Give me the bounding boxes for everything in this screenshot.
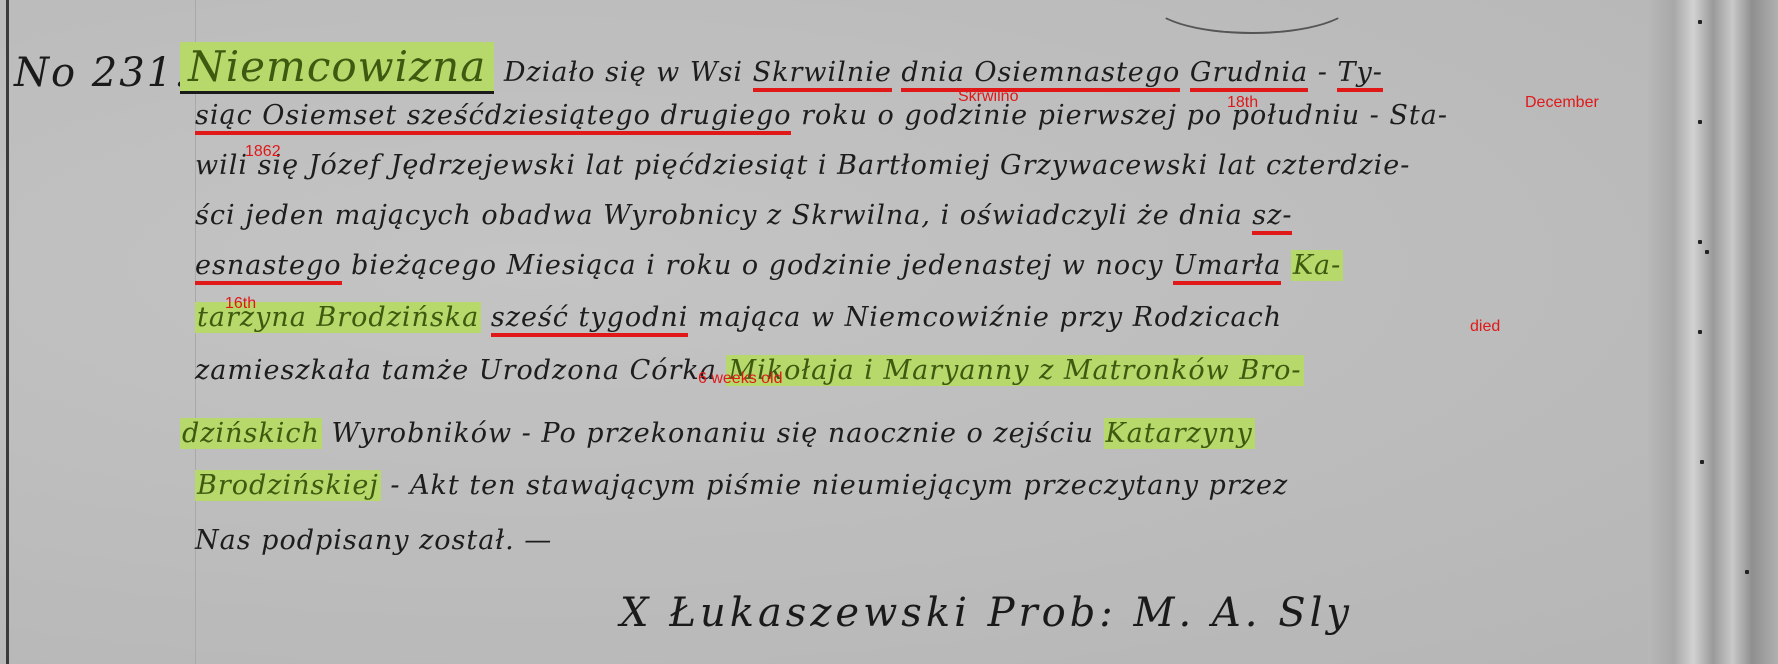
space xyxy=(892,57,902,88)
text-segment: ści jeden mających obadwa Wyrobnicy z Sk… xyxy=(195,200,1252,231)
annotation-year: 1862 xyxy=(245,143,281,161)
text-segment: bieżącego Miesiąca i roku o godzinie jed… xyxy=(342,250,1174,281)
village-title: Niemcowizna xyxy=(180,42,494,94)
space xyxy=(1281,250,1291,281)
entry-number: No 231. xyxy=(14,50,189,96)
record-line-5: esnastego bieżącego Miesiąca i roku o go… xyxy=(195,250,1343,281)
annotation-day-recorded: 18th xyxy=(1227,94,1258,112)
space xyxy=(1180,57,1190,88)
month-word: Grudnia xyxy=(1190,57,1308,92)
record-line-8: dzińskich Wyrobników - Po przekonaniu si… xyxy=(180,418,1255,449)
record-line-3: wili się Józef Jędrzejewski lat pięćdzie… xyxy=(195,150,1410,181)
space xyxy=(481,302,491,333)
text-segment: zamieszkała tamże Urodzona Córka xyxy=(195,355,726,386)
annotation-day-of-death: 16th xyxy=(225,295,256,313)
date-day-word: dnia Osiemnastego xyxy=(901,57,1180,92)
death-day-word: esnastego xyxy=(195,250,342,285)
record-line-2: siąc Osiemset sześćdziesiątego drugiego … xyxy=(195,100,1448,131)
priest-signature: X Łukaszewski Prob: M. A. Sly xyxy=(620,590,1353,636)
annotation-month: December xyxy=(1525,94,1599,112)
death-day-start: sz- xyxy=(1252,200,1292,235)
record-line-10: Nas podpisany został. — xyxy=(195,525,552,556)
text-segment: wili się Józef Jędrzejewski lat pięćdzie… xyxy=(195,150,1410,181)
record-line-4: ści jeden mających obadwa Wyrobnicy z Sk… xyxy=(195,200,1292,231)
record-line-6: tarzyna Brodzińska sześć tygodni mająca … xyxy=(195,302,1282,333)
left-margin-rule xyxy=(6,0,9,664)
parents-surname: dzińskich xyxy=(180,418,322,449)
text-segment: roku o godzinie pierwszej po południu - … xyxy=(791,100,1447,131)
annotation-event: died xyxy=(1470,318,1500,336)
deceased-given-name: Katarzyny xyxy=(1104,418,1255,449)
annotation-age: 6 weeks old xyxy=(698,370,783,388)
scanned-record-page: No 231. Niemcowizna Działo się w Wsi Skr… xyxy=(0,0,1778,664)
text-segment: - Akt ten stawającym piśmie nieumiejącym… xyxy=(381,470,1288,501)
deceased-surname: Brodzińskiej xyxy=(195,470,381,501)
text-segment: mająca w Niemcowiźnie przy Rodzicach xyxy=(688,302,1282,333)
record-line-1: Niemcowizna Działo się w Wsi Skrwilnie d… xyxy=(180,42,1383,91)
text-segment: - xyxy=(1308,57,1337,88)
year-words: siąc Osiemset sześćdziesiątego drugiego xyxy=(195,100,791,135)
parents-names: Mikołaja i Maryanny z Matronków Bro- xyxy=(726,355,1303,386)
ink-flourish xyxy=(1150,0,1354,34)
deceased-name-start: Ka- xyxy=(1291,250,1343,281)
year-start-word: Ty- xyxy=(1337,57,1382,92)
text-segment: Działo się w Wsi xyxy=(504,57,753,88)
died-word: Umarła xyxy=(1173,250,1281,285)
record-line-9: Brodzińskiej - Akt ten stawającym piśmie… xyxy=(195,470,1288,501)
annotation-place: Skrwilno xyxy=(958,88,1018,106)
book-binding-edge xyxy=(1648,0,1778,664)
text-segment: Nas podpisany został. — xyxy=(195,525,552,556)
age-words: sześć tygodni xyxy=(491,302,689,337)
place-word: Skrwilnie xyxy=(753,57,892,92)
text-segment: Wyrobników - Po przekonaniu się naocznie… xyxy=(322,418,1104,449)
